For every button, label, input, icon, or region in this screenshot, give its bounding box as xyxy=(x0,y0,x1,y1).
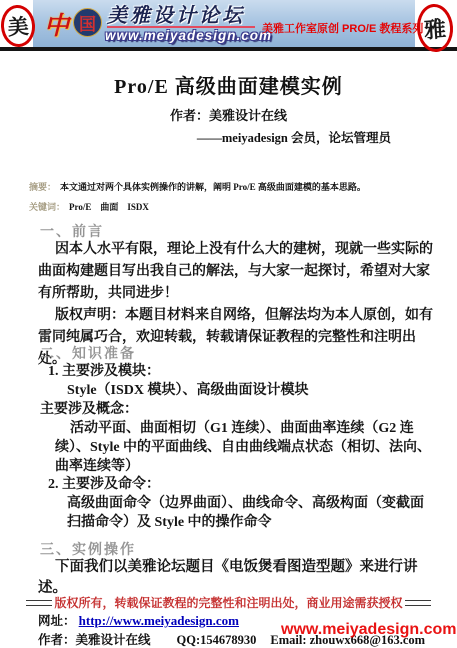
copyright-notice-row: 版权所有，转载保证教程的完整性和注明出处，商业用途需获授权 xyxy=(0,594,457,611)
notice-right-bar xyxy=(405,600,431,606)
knowledge-concepts-label: 主要涉及概念： xyxy=(40,400,138,419)
keywords-text: Pro/E 曲面 ISDX xyxy=(69,202,149,212)
footer-author-label: 作者： xyxy=(38,633,76,647)
knowledge-item1-label: 1. 主要涉及模块： xyxy=(48,362,160,381)
keywords-row: 关键词：Pro/E 曲面 ISDX xyxy=(29,200,149,213)
country-char-guo: 国 xyxy=(73,8,102,37)
series-label: 美雅工作室原创 PRO/E 教程系列 xyxy=(262,20,423,36)
left-seal-char: 美 xyxy=(6,10,29,41)
left-seal-logo: 美 xyxy=(0,4,36,48)
author-line: 作者：美雅设计在线 xyxy=(0,105,457,124)
footer-site-row: 网址： http://www.meiyadesign.com xyxy=(38,611,239,629)
watermark-url: www.meiyadesign.com xyxy=(281,621,456,639)
copyright-notice: 版权所有，转载保证教程的完整性和注明出处，商业用途需获授权 xyxy=(54,594,402,611)
knowledge-concepts-text: 活动平面、曲面相切（G1 连续）、曲面曲率连续（G2 连续）、Style 中的平… xyxy=(55,419,437,476)
header-divider xyxy=(0,47,457,51)
banner-site-url: www.meiyadesign.com xyxy=(105,28,272,43)
country-char-zhong: 中 xyxy=(44,6,69,42)
doc-title: Pro/E 高级曲面建模实例 xyxy=(0,70,457,99)
practice-text: 下面我们以美雅论坛题目《电饭煲看图造型题》来进行讲述。 xyxy=(38,557,438,599)
knowledge-item1-text: Style（ISDX 模块）、高级曲面设计模块 xyxy=(67,381,309,400)
notice-left-bar xyxy=(26,600,52,606)
keywords-label: 关键词： xyxy=(29,202,65,212)
site-title: 美雅设计论坛 xyxy=(107,0,245,28)
section-heading-intro: 一、前言 xyxy=(40,221,104,241)
right-seal-logo: 雅 xyxy=(415,3,454,53)
document-page: 美 中 国 美雅设计论坛 www.meiyadesign.com 美雅工作室原创… xyxy=(0,0,457,648)
guo-glyph: 国 xyxy=(79,10,96,35)
footer-qq: QQ:154678930 xyxy=(177,633,257,647)
section-heading-practice: 三、实例操作 xyxy=(40,539,136,559)
footer-site-link[interactable]: http://www.meiyadesign.com xyxy=(79,613,239,628)
abstract-label: 摘要： xyxy=(29,182,56,192)
byline: ——meiyadesign 会员，论坛管理员 xyxy=(197,128,391,146)
knowledge-item2-text: 高级曲面命令（边界曲面）、曲线命令、高级构面（变截面扫描命令）及 Style 中… xyxy=(67,494,435,532)
right-seal-char: 雅 xyxy=(423,12,447,44)
abstract-text: 本文通过对两个具体实例操作的讲解，阐明 Pro/E 高级曲面建模的基本思路。 xyxy=(60,182,366,192)
knowledge-item2-label: 2. 主要涉及命令： xyxy=(48,475,160,494)
abstract-row: 摘要：本文通过对两个具体实例操作的讲解，阐明 Pro/E 高级曲面建模的基本思路… xyxy=(29,180,366,193)
intro-paragraph-1: 因本人水平有限，理论上没有什么大的建树，现就一些实际的曲面构建题目写出我自己的解… xyxy=(38,239,435,305)
site-label: 网址： xyxy=(38,614,76,628)
footer-author-name: 美雅设计在线 xyxy=(76,633,151,647)
section-heading-knowledge: 二、知识准备 xyxy=(40,343,136,363)
site-banner: 美 中 国 美雅设计论坛 www.meiyadesign.com 美雅工作室原创… xyxy=(0,0,457,47)
